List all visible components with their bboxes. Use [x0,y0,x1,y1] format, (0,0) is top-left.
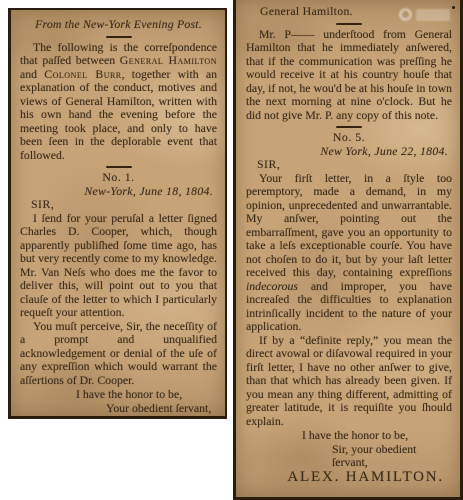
source-line: From the New-York Evening Post. [20,18,217,32]
letter-paragraph: Mr. P—— underſtood from General Hamilton… [246,28,452,123]
clipping-right-hamilton-letter: General Hamilton. Mr. P—— underſtood fro… [233,0,463,500]
letter-paragraph: Your firſt letter, in a ſtyle too peremp… [246,172,452,334]
intro-text-post: , together with an explanation of the co… [20,67,217,162]
divider-rule [106,166,132,168]
signature-hamilton: ALEX. HAMILTON. [246,471,452,485]
signature-burr: A. BURR. [20,416,217,419]
closing-line: Sir, your obedient ſervant, [246,443,452,470]
para2-text-pre: Your firſt letter, in a ſtyle too peremp… [246,171,452,280]
para2-italic-word: indecorous [246,279,298,293]
salutation: SIR, [246,158,452,172]
letter-paragraph: I ſend for your peruſal a letter ſigned … [20,212,217,320]
dateline: New York, June 22, 1804. [246,145,452,159]
closing-line: Your obedient ſervant, [20,402,217,416]
clipping-left-burr-letter: From the New-York Evening Post. The foll… [8,8,227,419]
letter-number: No. 1. [20,171,217,185]
intro-paragraph: The following is the correſpondence that… [20,41,217,163]
name-general-hamilton: General Hamilton [120,53,217,67]
print-speck [452,6,455,9]
closing-line: I have the honor to be, [20,388,217,402]
name-colonel-burr: Colonel Burr [44,67,121,81]
salutation: SIR, [20,198,217,212]
letter-paragraph: If by a “definite reply,” you mean the d… [246,334,452,429]
divider-rule [106,36,132,38]
divider-rule [336,23,362,25]
letter-paragraph: You muſt perceive, Sir, the neceſſity of… [20,320,217,388]
scanned-newspaper-clippings: From the New-York Evening Post. The foll… [0,0,463,500]
closing-line: I have the honor to be, [246,429,452,443]
divider-rule [336,126,362,128]
column-header: General Hamilton. [246,5,452,19]
dateline: New-York, June 18, 1804. [20,185,217,199]
intro-text-mid: and [20,67,44,81]
letter-number: No. 5. [246,131,452,145]
